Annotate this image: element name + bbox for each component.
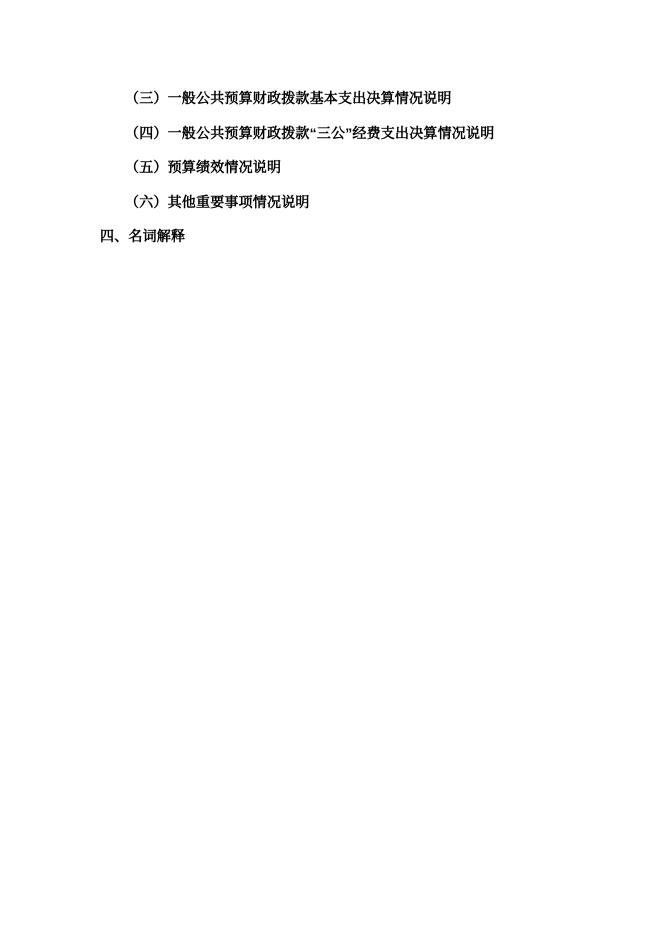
document-page: （三）一般公共预算财政拨款基本支出决算情况说明 （四）一般公共预算财政拨款“三公… [0,0,662,936]
toc-item-section-5: （五）预算绩效情况说明 [125,159,281,175]
toc-item-section-6: （六）其他重要事项情况说明 [125,194,310,210]
toc-item-part-4-glossary: 四、名词解释 [100,228,185,244]
toc-item-section-4: （四）一般公共预算财政拨款“三公”经费支出决算情况说明 [125,125,494,141]
toc-item-section-3: （三）一般公共预算财政拨款基本支出决算情况说明 [125,90,452,106]
